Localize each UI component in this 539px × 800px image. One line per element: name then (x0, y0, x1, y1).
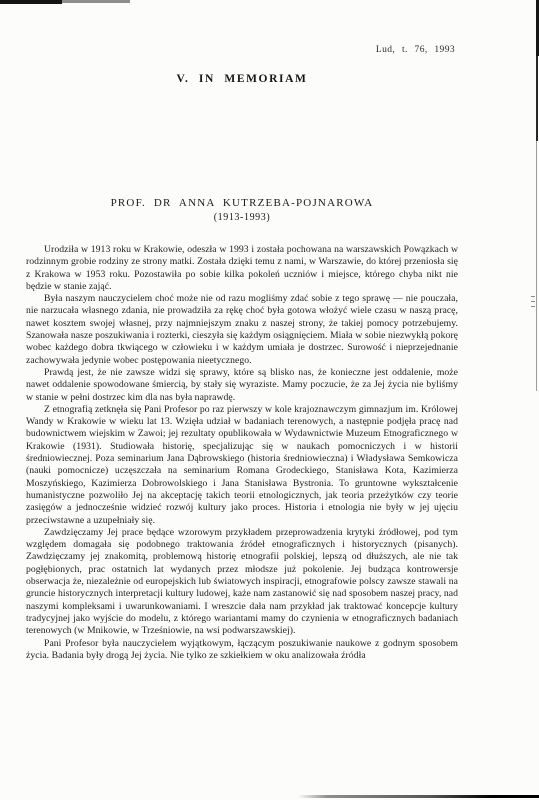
article-life-years: (1913-1993) (26, 212, 458, 223)
scanned-document-page: Lud, t. 76, 1993 V. IN MEMORIAM PROF. DR… (0, 0, 539, 800)
article-body: Urodziła w 1913 roku w Krakowie, odeszła… (26, 244, 458, 662)
scan-artifact-right-edge-line-mid (536, 56, 538, 141)
paragraph-exceptional-teacher: Pani Profesor była nauczycielem wyjątkow… (26, 638, 458, 663)
paragraph-ethnography-education: Z etnografią zetknęła się Pani Profesor … (26, 404, 458, 527)
paragraph-scholarly-legacy: Zawdzięczamy Jej prace będące wzorowym p… (26, 527, 458, 638)
scan-artifact-right-edge-line-faint (536, 141, 537, 391)
paragraph-teacher-qualities: Była naszym nauczycielem choć może nie o… (26, 293, 458, 367)
paragraph-birth-and-death: Urodziła w 1913 roku w Krakowie, odeszła… (26, 244, 458, 293)
article-title: PROF. DR ANNA KUTRZEBA-POJNAROWA (26, 197, 458, 209)
scan-artifact-top-left-bar-gray (62, 0, 130, 3)
paragraph-distance-reflection: Prawdą jest, że nie zawsze widzi się spr… (26, 367, 458, 404)
scan-artifact-bottom-edge-line (298, 795, 539, 798)
section-heading: V. IN MEMORIAM (26, 73, 458, 85)
journal-reference: Lud, t. 76, 1993 (376, 45, 455, 55)
scan-artifact-top-left-bar (0, 0, 62, 4)
